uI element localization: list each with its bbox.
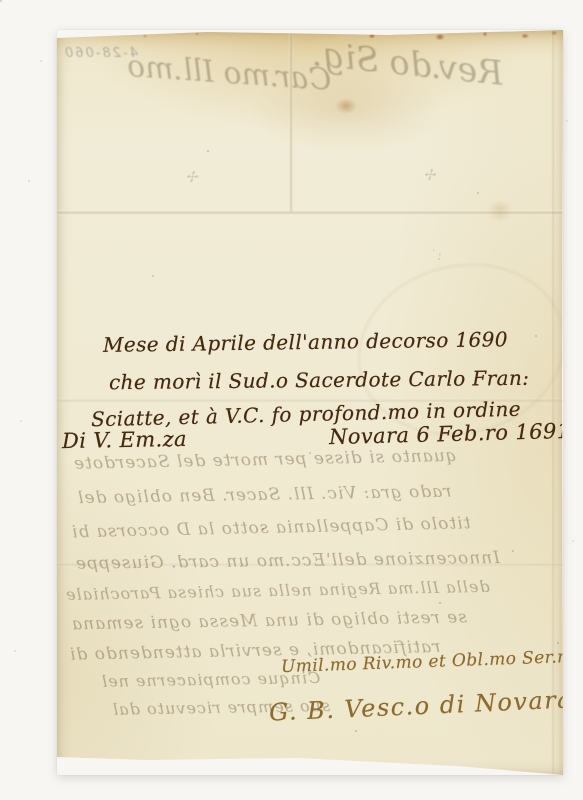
showthrough-line: della Ill.ma Regina nella sua chiesa Par… [65, 577, 490, 604]
fold-crease-horizontal [57, 210, 563, 215]
paper-sheet: 4-28-060 Car.mo Ill.mo Rev.do Sig. ✢ ✢ ˙… [57, 30, 563, 775]
dateline: Novara 6 Feb.ro 1691 [329, 419, 571, 449]
background-speckles [0, 0, 2, 2]
letter-body-line: Mese di Aprile dell'anno decorso 1690 [103, 327, 508, 357]
letter-page: 4-28-060 Car.mo Ill.mo Rev.do Sig. ✢ ✢ ˙… [57, 30, 563, 775]
showthrough-line: titolo di Cappellania sotto la D occorsa… [71, 513, 471, 542]
letter-body-line: che morì il Sud.o Sacerdote Carlo Fran: [109, 366, 530, 394]
embossed-mark: ✢ [423, 166, 437, 184]
embossed-mark: ✢ [185, 168, 199, 186]
showthrough-line: se resti obligo di una Messa ogni semana [71, 608, 467, 635]
scan-background: 4-28-060 Car.mo Ill.mo Rev.do Sig. ✢ ✢ ˙… [0, 0, 583, 800]
bishop-signature: G. B. Vesc.o di Novara [269, 685, 574, 726]
showthrough-address: Rev.do Sig. [310, 34, 505, 94]
fold-crease-vertical [289, 30, 293, 212]
showthrough-line: rado gra: Vic. Ill. Sacer. Ben obligo de… [77, 482, 452, 509]
stain-spot [487, 200, 513, 222]
embossed-mark: ˙: [429, 248, 443, 264]
foxing-speckles [57, 30, 59, 32]
letter-body-line: Di V. Em.za [62, 427, 187, 453]
showthrough-address: Car.mo Ill.mo [126, 49, 333, 98]
stain-spot [335, 98, 357, 114]
showthrough-line: Innocenzione dell'Ecc.mo un card. Giusep… [75, 548, 500, 574]
